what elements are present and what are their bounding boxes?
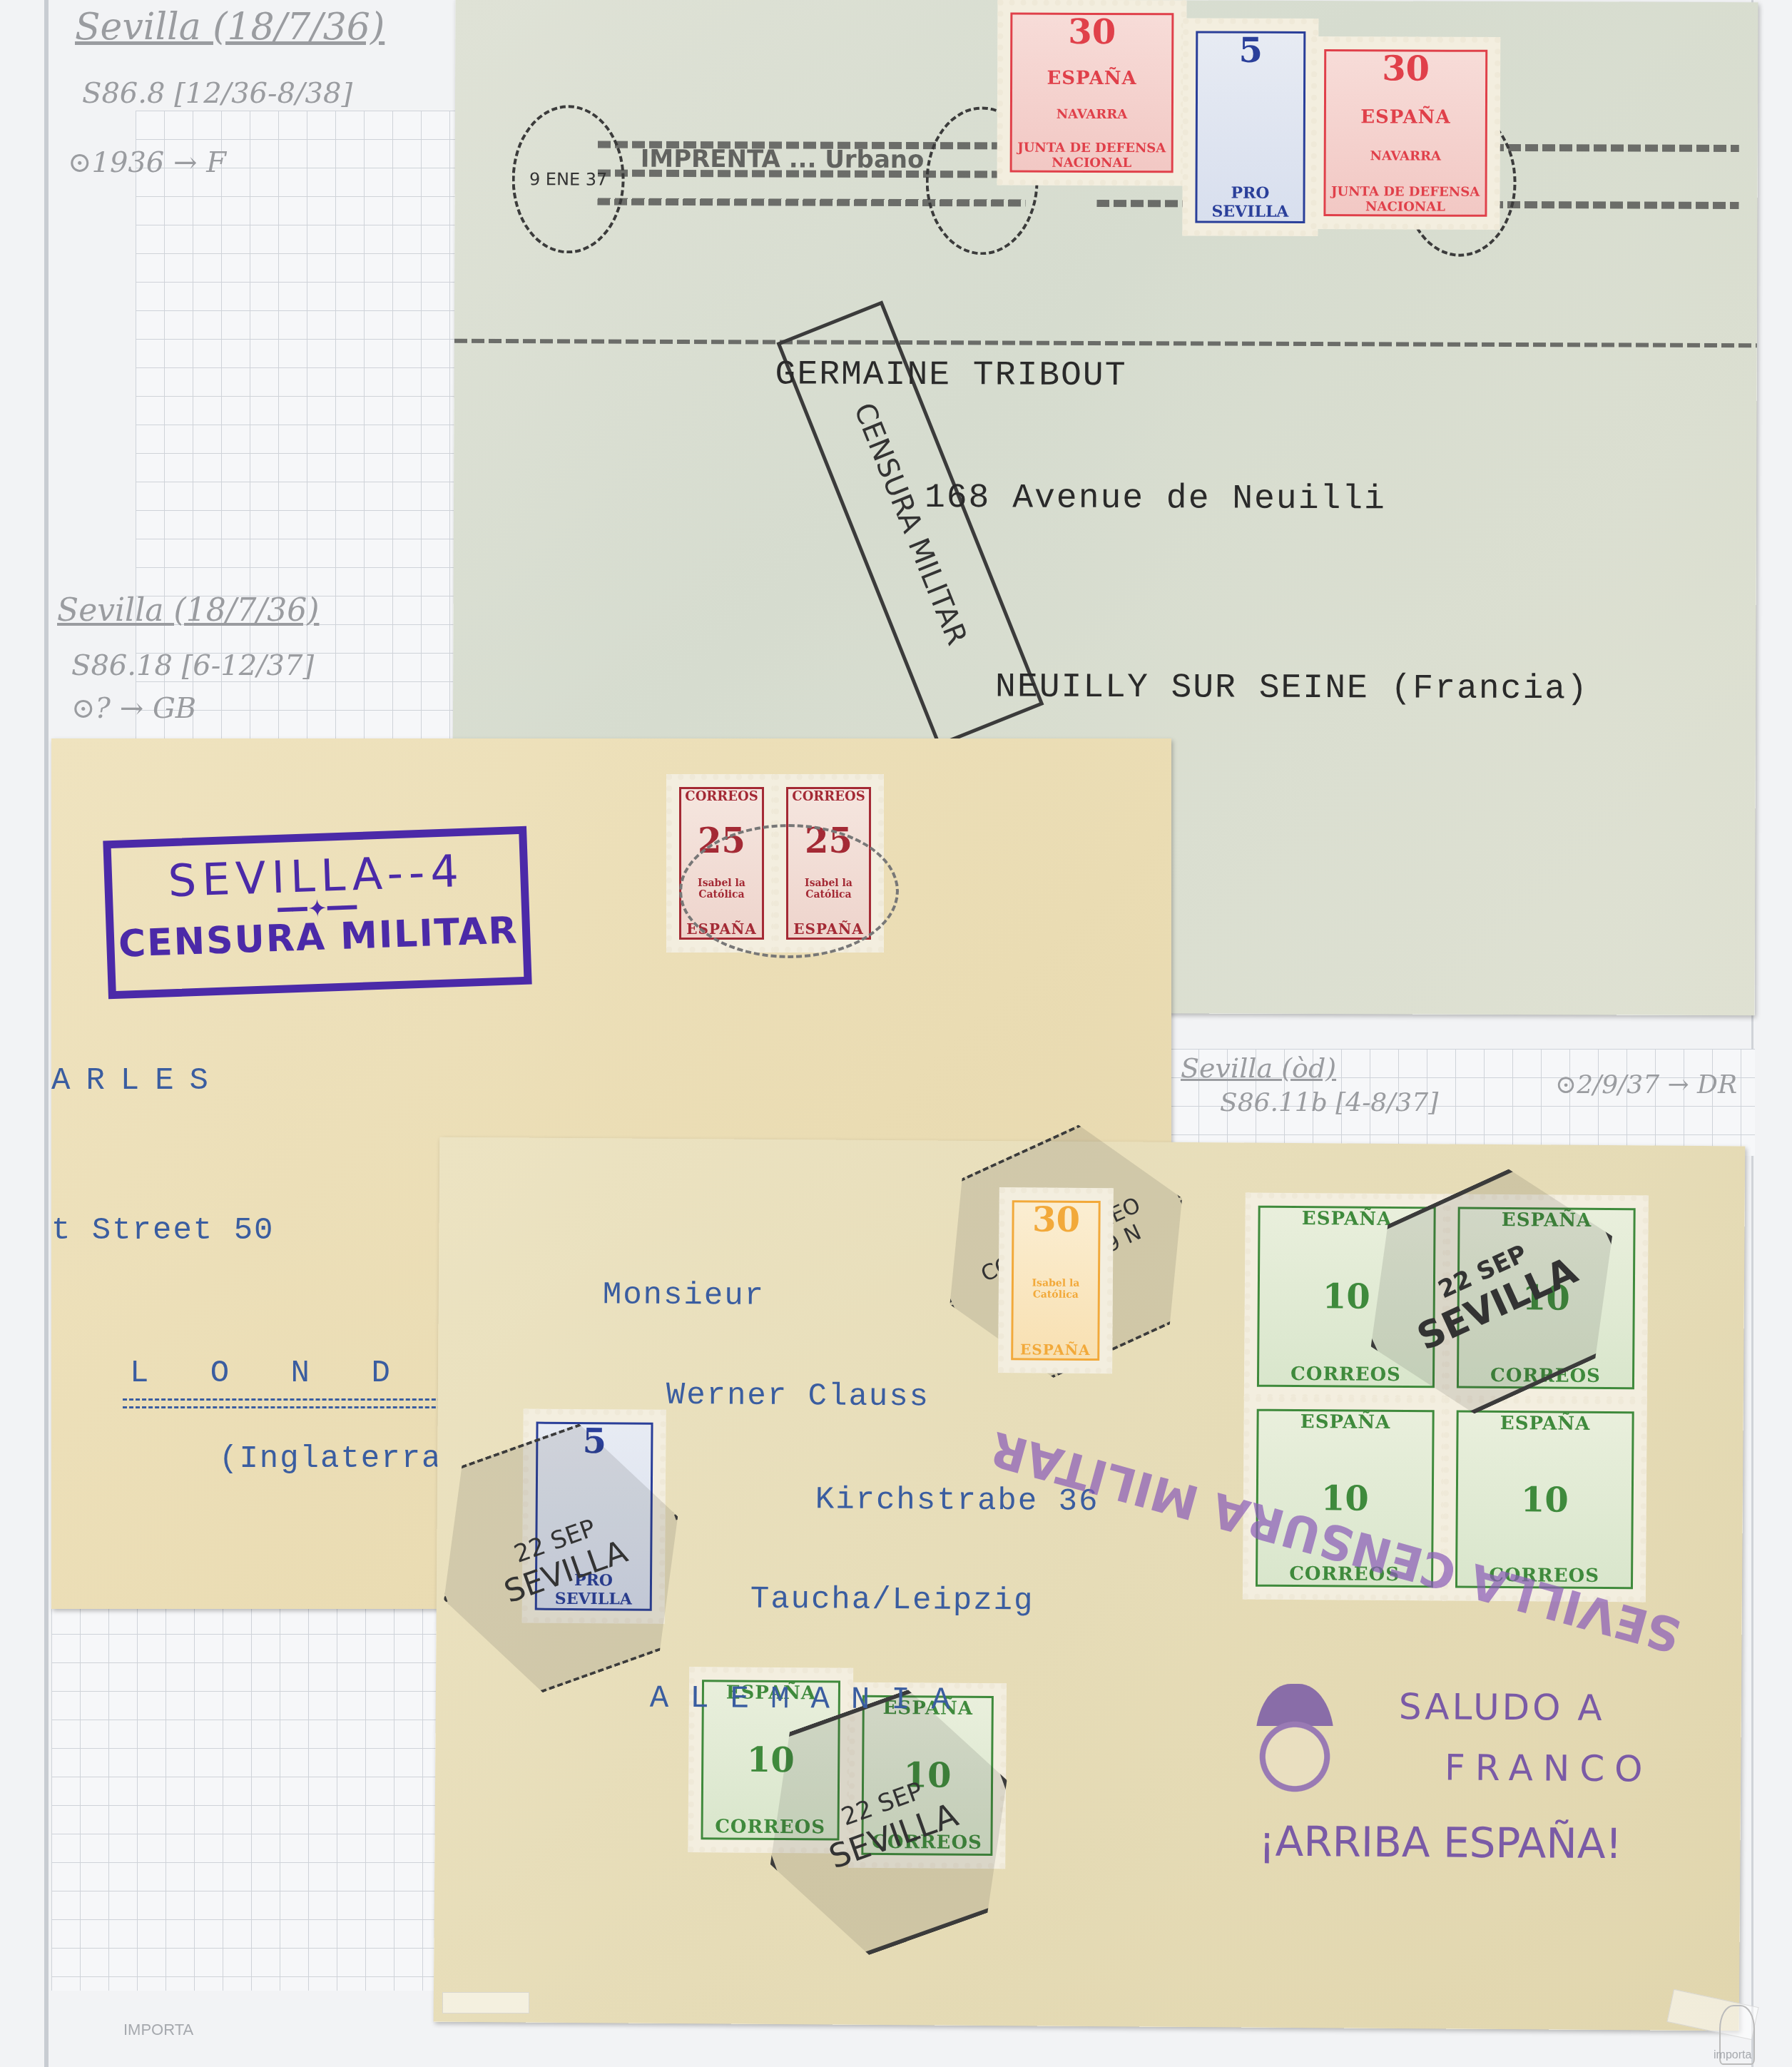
address-line-1: Monsieur <box>603 1277 765 1314</box>
stamp-side: CORREOS <box>1290 1363 1401 1386</box>
logo-label: importa <box>1714 2049 1751 2062</box>
circular-postmark: 9 ENE 37 <box>511 105 625 254</box>
stamp-country: ESPAÑA <box>1020 1341 1091 1358</box>
stamp-overprint: JUNTA DE DEFENSA NACIONAL <box>1012 141 1171 171</box>
annotation-2-route: ⊙? → GB <box>71 692 196 725</box>
stamp-country: ESPAÑA <box>1500 1413 1591 1435</box>
cover-germany: CORREO AEREO 22 SEP 37 9 N 30 Isabel la … <box>434 1137 1746 2031</box>
stamp-caption: Isabel la Católica <box>1014 1277 1098 1301</box>
censor-text: CENSURA MILITAR <box>847 398 974 649</box>
annotation-3-title: Sevilla (òd) <box>1181 1052 1336 1084</box>
annotation-3-catalog: S86.11b [4-8/37] <box>1220 1088 1438 1117</box>
stamp-value: 5 <box>1238 34 1263 68</box>
annotation-2-title: Sevilla (18/7/36) <box>57 592 319 629</box>
stamp-label: PRO SEVILLA <box>1197 183 1303 221</box>
stamp-overprint: JUNTA DE DEFENSA NACIONAL <box>1325 184 1485 215</box>
annotation-1-catalog: S86.8 [12/36-8/38] <box>82 77 352 110</box>
stamp-value: 10 <box>1321 1481 1369 1515</box>
cachet-line-2: FRANCO <box>1445 1747 1653 1789</box>
annotation-1-title: Sevilla (18/7/36) <box>75 6 385 49</box>
address-line-2: t Street 50 <box>51 1213 274 1249</box>
postmark-date: 9 ENE 37 <box>529 169 607 189</box>
annotation-2-catalog: S86.18 [6-12/37] <box>71 649 314 682</box>
stamp-value: 10 <box>1521 1483 1569 1517</box>
stamp-pro-sevilla: 5 PRO SEVILLA <box>1182 18 1318 236</box>
annotation-3-route: ⊙2/9/37 → DR <box>1555 1070 1737 1099</box>
address-line-1: GERMAINE TRIBOUT <box>775 355 1127 395</box>
address-line-1: ARLES <box>51 1063 224 1099</box>
stamp-caption: NAVARRA <box>1370 148 1441 163</box>
stamp-country: ESPAÑA <box>1302 1208 1393 1230</box>
grid-area-bottom-left <box>51 1605 437 1991</box>
annotation-1-route: ⊙1936 → F <box>68 146 226 179</box>
stamp-country: ESPAÑA <box>1047 67 1136 88</box>
stamp-30cts-navarra: 30 ESPAÑA NAVARRA JUNTA DE DEFENSA NACIO… <box>1310 36 1500 230</box>
stamp-30cts-isabel: 30 Isabel la Católica ESPAÑA <box>998 1187 1114 1373</box>
address-line-4: (Inglaterra <box>219 1441 442 1477</box>
album-page: Sevilla (18/7/36) S86.8 [12/36-8/38] ⊙19… <box>0 0 1792 2067</box>
machine-cancel-line <box>454 339 1757 347</box>
circular-postmark <box>679 824 899 958</box>
cachet-line-3: ¡ARRIBA ESPAÑA! <box>1258 1817 1622 1869</box>
stamp-caption: NAVARRA <box>1057 107 1128 122</box>
stamp-country: ESPAÑA <box>1360 106 1450 128</box>
stamp-value: 30 <box>1068 15 1116 49</box>
mount-hinge <box>442 1992 529 2013</box>
censor-box-sevilla-4: SEVILLA--4 ━━✦━━ CENSURA MILITAR <box>103 826 531 1000</box>
footer-brand: IMPORTA <box>123 2021 193 2039</box>
stamp-value: 30 <box>1032 1202 1080 1236</box>
sevilla-hex-postmark: 22 SEP SEVILLA <box>404 1403 718 1713</box>
stamp-value: 30 <box>1382 51 1430 86</box>
address-line-2: Werner Clauss <box>666 1378 930 1416</box>
address-line-5: ALEMANIA <box>650 1681 972 1719</box>
stamp-value: 10 <box>1323 1279 1370 1314</box>
stamp-side: CORREOS <box>792 789 865 804</box>
stamp-country: ESPAÑA <box>1300 1411 1391 1433</box>
page-margin-line <box>44 0 49 2067</box>
address-line-2: 168 Avenue de Neuilli <box>925 479 1386 519</box>
machine-cancel-text: IMPRENTA ... Urbano <box>641 145 925 174</box>
cachet-line-1: SALUDO A <box>1399 1686 1605 1729</box>
stamp-side: CORREOS <box>685 789 758 804</box>
address-line-3: NEUILLY SUR SEINE (Francia) <box>995 668 1589 709</box>
address-line-4: Taucha/Leipzig <box>750 1582 1034 1620</box>
stamp-30cts-navarra: 30 ESPAÑA NAVARRA JUNTA DE DEFENSA NACIO… <box>997 0 1187 186</box>
franco-portrait-icon <box>1256 1684 1334 1805</box>
